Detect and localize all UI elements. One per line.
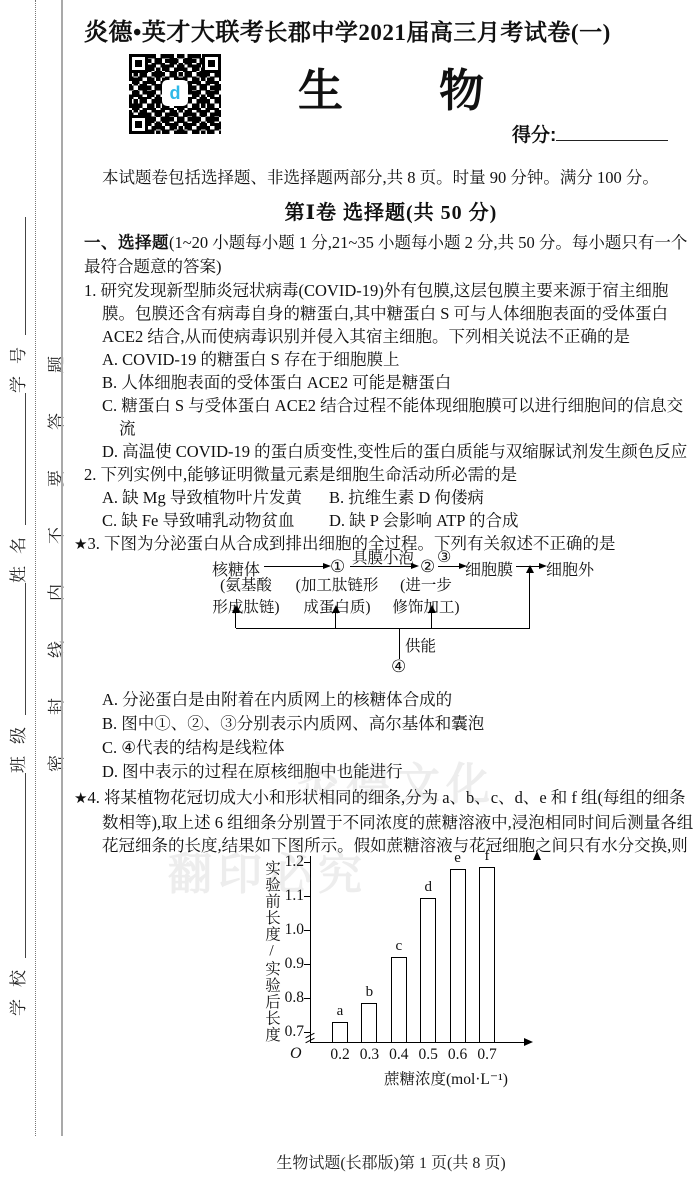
arrow-right-icon (350, 566, 412, 567)
question-text: 下列实例中,能够证明微量元素是细胞生命活动所必需的是 (101, 465, 518, 484)
x-tick-label: 0.6 (443, 1046, 473, 1064)
bar-label: a (332, 1003, 348, 1020)
arrow-right-icon (524, 1038, 533, 1046)
x-tick-label: 0.2 (325, 1046, 355, 1064)
score-blank-line (556, 125, 668, 141)
bar-d (420, 898, 436, 1042)
bar-label: c (391, 938, 407, 955)
vesicle-label: 具膜小泡 (352, 546, 414, 568)
part-heading-rest: (1~20 小题每小题 1 分,21~35 小题每小题 2 分,共 50 分。每… (84, 233, 687, 276)
y-tick-label: 1.0 (270, 921, 304, 939)
subject-char: 生 (298, 54, 343, 119)
bar-a (332, 1022, 348, 1042)
label-class: 班级 (9, 715, 28, 773)
arrow-right-icon (264, 566, 324, 567)
y-tick-label: 0.8 (270, 989, 304, 1007)
y-tick-mark (304, 964, 310, 965)
margin-student-labels: 学校班级姓名学号 (4, 96, 34, 1016)
star-icon: ★ (74, 791, 87, 807)
x-tick-label: 0.3 (354, 1046, 384, 1064)
bar-e (450, 869, 466, 1042)
energy-arrow (235, 612, 236, 628)
paper-title: 炎德•英才大联考长郡中学2021届高三月考试卷(一) (84, 12, 698, 47)
footer-text: 生物试题(长郡版)第 1 页(共 8 页) (84, 1150, 698, 1173)
arrow-right-icon (438, 566, 460, 567)
q2-option-c: C. 缺 Fe 导致哺乳动物贫血 (102, 509, 329, 532)
bar-label: e (450, 850, 466, 867)
arrow-up-icon (533, 851, 541, 860)
y-tick-label: 0.7 (270, 1023, 304, 1041)
y-tick-mark (304, 998, 310, 999)
x-tick-label: 0.5 (413, 1046, 443, 1064)
x-tick-label: 0.7 (472, 1046, 502, 1064)
y-tick-mark (304, 896, 310, 897)
seal-solid-line (61, 0, 63, 1136)
section-heading: 第Ⅰ卷 选择题(共 50 分) (84, 196, 698, 225)
q1-option-b: B. 人体细胞表面的受体蛋白 ACE2 可能是糖蛋白 (102, 371, 698, 394)
y-tick-mark (304, 930, 310, 931)
energy-arrow-tall (529, 572, 530, 628)
star-icon: ★ (74, 537, 87, 553)
bar-label: b (361, 984, 377, 1001)
q2-option-row: A. 缺 Mg 导致植物叶片发黄B. 抗维生素 D 佝偻病 (102, 486, 698, 509)
blank-line-name (14, 393, 26, 525)
exam-page: { "header": { "title_brand": "炎德•英才大联考",… (0, 0, 700, 1190)
q3-option-c: C. ④代表的结构是线粒体 (102, 736, 698, 760)
exam-title: 长郡中学2021届高三月考试卷(一) (264, 20, 610, 45)
bar-c (391, 957, 407, 1042)
brand-name: 炎德•英才大联考 (84, 20, 264, 46)
question-4: ★4. 将某植物花冠切成大小和形状相同的细条,分为 a、b、c、d、e 和 f … (84, 786, 698, 857)
x-tick-label: 0.4 (384, 1046, 414, 1064)
diagram-node-outside: 细胞外 (546, 557, 594, 580)
question-number: 1. (84, 281, 96, 300)
q3-option-d: D. 图中表示的过程在原核细胞中也能进行 (102, 760, 698, 784)
q3-option-a: A. 分泌蛋白是由附着在内质网上的核糖体合成的 (102, 688, 698, 712)
energy-arrow (431, 612, 432, 628)
q1-option-d: D. 高温使 COVID-19 的蛋白质变性,变性后的蛋白质能与双缩脲试剂发生颜… (102, 440, 698, 463)
diagram-step-3: ③ (437, 547, 451, 567)
q2-option-row: C. 缺 Fe 导致哺乳动物贫血D. 缺 P 会影响 ATP 的合成 (102, 509, 698, 532)
arrow-up-icon (428, 605, 436, 613)
y-tick-label: 0.9 (270, 955, 304, 973)
arrow-up-icon (526, 565, 534, 573)
bar-chart: 实验前长度/实验后长度 O 蔗糖浓度(mol·L⁻¹) 0.70.80.91.0… (84, 854, 698, 1098)
q2-option-d: D. 缺 P 会影响 ATP 的合成 (329, 509, 518, 532)
question-text: 将某植物花冠切成大小和形状相同的细条,分为 a、b、c、d、e 和 f 组(每组… (102, 788, 693, 855)
origin-label: O (290, 1045, 302, 1063)
bar-label: f (479, 848, 495, 865)
question-number: 3. (87, 534, 99, 553)
bar-b (361, 1003, 377, 1042)
subject-char: 物 (439, 54, 484, 119)
arrow-up-icon (232, 605, 240, 613)
paper-header: 炎德•英才大联考长郡中学2021届高三月考试卷(一) d 生物 得分: (84, 0, 698, 160)
q1-option-a: A. COVID-19 的糖蛋白 S 存在于细胞膜上 (102, 348, 698, 371)
question-text: 研究发现新型肺炎冠状病毒(COVID-19)外有包膜,这层包膜主要来源于宿主细胞… (101, 281, 669, 346)
energy-arrow (335, 612, 336, 628)
y-tick-label: 1.1 (270, 887, 304, 905)
energy-bus-line (236, 628, 530, 629)
x-axis-label: 蔗糖浓度(mol·L⁻¹) (384, 1067, 508, 1089)
diagram-sub-golgi: (进一步修饰加工) (374, 575, 478, 619)
question-number: 2. (84, 465, 96, 484)
part-heading-bold: 一、选择题 (84, 233, 169, 252)
question-3-options: A. 分泌蛋白是由附着在内质网上的核糖体合成的 B. 图中①、②、③分别表示内质… (84, 683, 698, 784)
question-number: 4. (87, 788, 99, 807)
x-axis (310, 1042, 526, 1043)
question-2: 2. 下列实例中,能够证明微量元素是细胞生命活动所必需的是 A. 缺 Mg 导致… (84, 463, 698, 532)
blank-line-class (14, 583, 26, 715)
secretory-protein-diagram: 核糖体 ① 具膜小泡 ② ③ 细胞膜 细胞外 (氨基酸形成肽链) (加工肽链形成… (84, 557, 698, 683)
energy-label: 供能 (405, 634, 436, 656)
exam-instructions: 本试题卷包括选择题、非选择题两部分,共 8 页。时量 90 分钟。满分 100 … (84, 165, 698, 190)
q2-option-b: B. 抗维生素 D 佝偻病 (329, 486, 484, 509)
energy-source-line (399, 628, 400, 659)
q3-option-b: B. 图中①、②、③分别表示内质网、高尔基体和囊泡 (102, 712, 698, 736)
score-label: 得分: (512, 125, 556, 146)
label-studentno: 学号 (9, 335, 28, 393)
bar-label: d (420, 879, 436, 896)
y-tick-label: 1.2 (270, 853, 304, 871)
q2-option-a: A. 缺 Mg 导致植物叶片发黄 (102, 486, 329, 509)
diagram-node-2: ② (420, 557, 435, 577)
arrow-up-icon (332, 605, 340, 613)
score-field: 得分: (512, 120, 668, 147)
seal-dotted-line (35, 0, 36, 1136)
bar-f (479, 867, 495, 1042)
label-name: 姓名 (9, 525, 28, 583)
question-1: 1. 研究发现新型肺炎冠状病毒(COVID-19)外有包膜,这层包膜主要来源于宿… (84, 279, 698, 463)
label-school: 学校 (9, 958, 28, 1016)
q1-option-c: C. 糖蛋白 S 与受体蛋白 ACE2 结合过程不能体现细胞膜可以进行细胞间的信… (102, 394, 698, 440)
blank-line-studentno (14, 217, 26, 335)
y-tick-mark (304, 862, 310, 863)
subject-title: 生物 (84, 54, 698, 119)
diagram-node-1: ① (330, 557, 345, 577)
y-axis (310, 856, 311, 1043)
blank-line-school (14, 773, 26, 958)
energy-source: ④ (391, 657, 406, 677)
seal-warning-text: 密封线内不要答题 (42, 252, 68, 772)
part-heading: 一、选择题(1~20 小题每小题 1 分,21~35 小题每小题 2 分,共 5… (84, 231, 698, 279)
y-tick-mark (304, 1032, 310, 1033)
main-column: 炎德•英才大联考长郡中学2021届高三月考试卷(一) d 生物 得分: 本试题卷… (84, 0, 698, 1098)
